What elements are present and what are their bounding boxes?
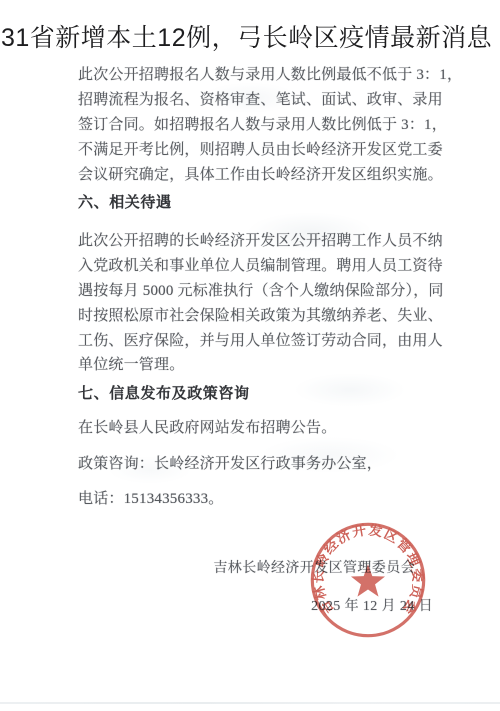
text-line: 签订合同。如招聘报名人数与录用人数比例低于 3：1， — [78, 113, 447, 134]
text-line: 工伤、医疗保险，并与用人单位签订劳动合同，由用人 — [78, 329, 443, 350]
text-line: 在长岭县人民政府网站发布招聘公告。 — [78, 416, 336, 437]
text-line: 不满足开考比例，则招聘人员由长岭经济开发区党工委 — [78, 138, 443, 159]
official-seal: 吉林长岭经济开发区管理委员会 — [306, 518, 430, 642]
section-heading-seven: 七、信息发布及政策咨询 — [78, 382, 250, 403]
scan-bottom-edge — [0, 702, 500, 704]
text-line: 招聘流程为报名、资格审查、笔试、面试、政审、录用 — [78, 88, 443, 109]
text-line: 单位统一管理。 — [78, 353, 184, 374]
text-line: 入党政机关和事业单位人员编制管理。聘用人员工资待 — [78, 254, 443, 275]
policy-consult-line: 政策咨询：长岭经济开发区行政事务办公室， — [78, 452, 382, 473]
section-heading-six: 六、相关待遇 — [78, 191, 172, 212]
phone-line: 电话：15134356333。 — [78, 487, 224, 508]
text-line: 此次公开招聘报名人数与录用人数比例最低不低于 3：1， — [78, 63, 462, 84]
text-line: 时按照松原市社会保险相关政策为其缴纳养老、失业、 — [78, 304, 443, 325]
text-line: 遇按每月 5000 元标准执行（含个人缴纳保险部分），同 — [78, 279, 444, 300]
text-line: 会议研究确定，具体工作由长岭经济开发区组织实施。 — [78, 163, 443, 184]
page-title: 31省新增本土12例，弓长岭区疫情最新消息 — [1, 18, 492, 54]
seal-star-icon — [351, 564, 385, 596]
text-line: 此次公开招聘的长岭经济开发区公开招聘工作人员不纳 — [78, 229, 443, 250]
